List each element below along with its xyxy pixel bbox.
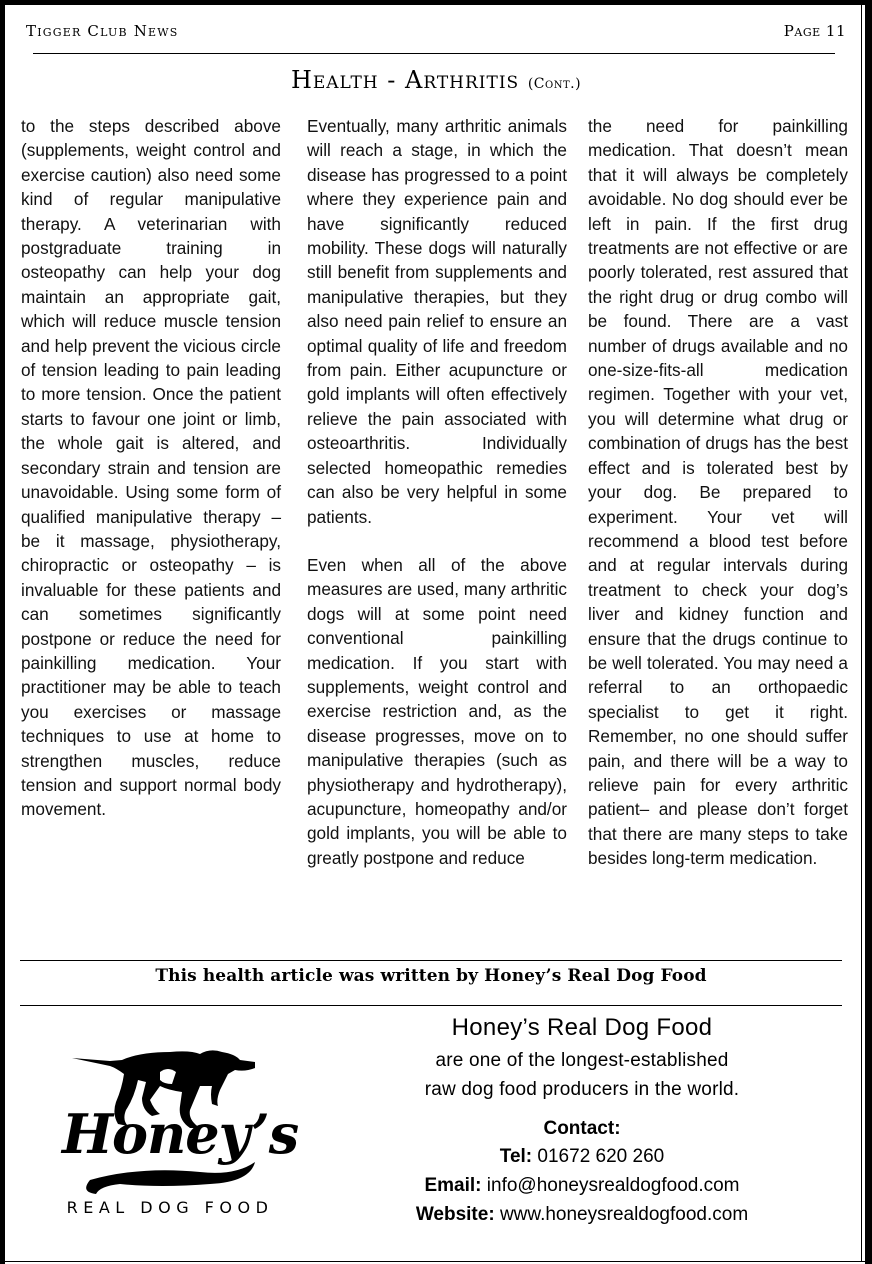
page-border-right [865, 0, 872, 1264]
advert-description-line: raw dog food producers in the world. [392, 1079, 772, 1101]
byline-divider-bottom [20, 1005, 842, 1006]
page-number: Page 11 [784, 22, 846, 40]
page-border-top [0, 0, 872, 5]
honeys-logo: Honey’s REAL DOG FOOD [50, 1040, 290, 1220]
logo-swash-icon [50, 1158, 290, 1198]
logo-script-text: Honey’s [62, 1104, 292, 1164]
article-title-text: Health - Arthritis [291, 66, 519, 94]
contact-tel: Tel: 01672 620 260 [392, 1146, 772, 1168]
tel-label: Tel: [500, 1146, 532, 1167]
publication-name: Tigger Club News [26, 22, 179, 40]
logo-tagline: REAL DOG FOOD [50, 1198, 290, 1217]
page-border-left [0, 0, 5, 1264]
header-divider [33, 53, 835, 54]
paragraph: Eventually, many arthritic animals will … [307, 114, 567, 529]
paragraph: Even when all of the above measures are … [307, 553, 567, 870]
paragraph: to the steps described above (supplement… [21, 114, 281, 822]
article-column-3: the need for painkilling medication. Tha… [588, 114, 848, 895]
article-title: Health - Arthritis (Cont.) [0, 66, 872, 94]
contact-heading: Contact: [392, 1118, 772, 1140]
page-border-right-inner [861, 5, 862, 1261]
contact-email: Email: info@honeysrealdogfood.com [392, 1175, 772, 1197]
article-column-1: to the steps described above (supplement… [21, 114, 281, 846]
byline-divider-top [20, 960, 842, 961]
website-label: Website: [416, 1204, 495, 1225]
article-column-2: Eventually, many arthritic animals will … [307, 114, 567, 894]
paragraph: the need for painkilling medication. Tha… [588, 114, 848, 871]
contact-website: Website: www.honeysrealdogfood.com [392, 1204, 772, 1226]
advert-description-line: are one of the longest-established [392, 1050, 772, 1072]
email-label: Email: [424, 1175, 481, 1196]
page-border-bottom [5, 1261, 865, 1262]
advert-company-name: Honey’s Real Dog Food [392, 1014, 772, 1042]
article-byline: This health article was written by Honey… [0, 966, 862, 986]
article-title-suffix: (Cont.) [528, 76, 581, 92]
website-value[interactable]: www.honeysrealdogfood.com [500, 1204, 748, 1225]
email-value[interactable]: info@honeysrealdogfood.com [487, 1175, 740, 1196]
tel-value: 01672 620 260 [537, 1146, 664, 1167]
